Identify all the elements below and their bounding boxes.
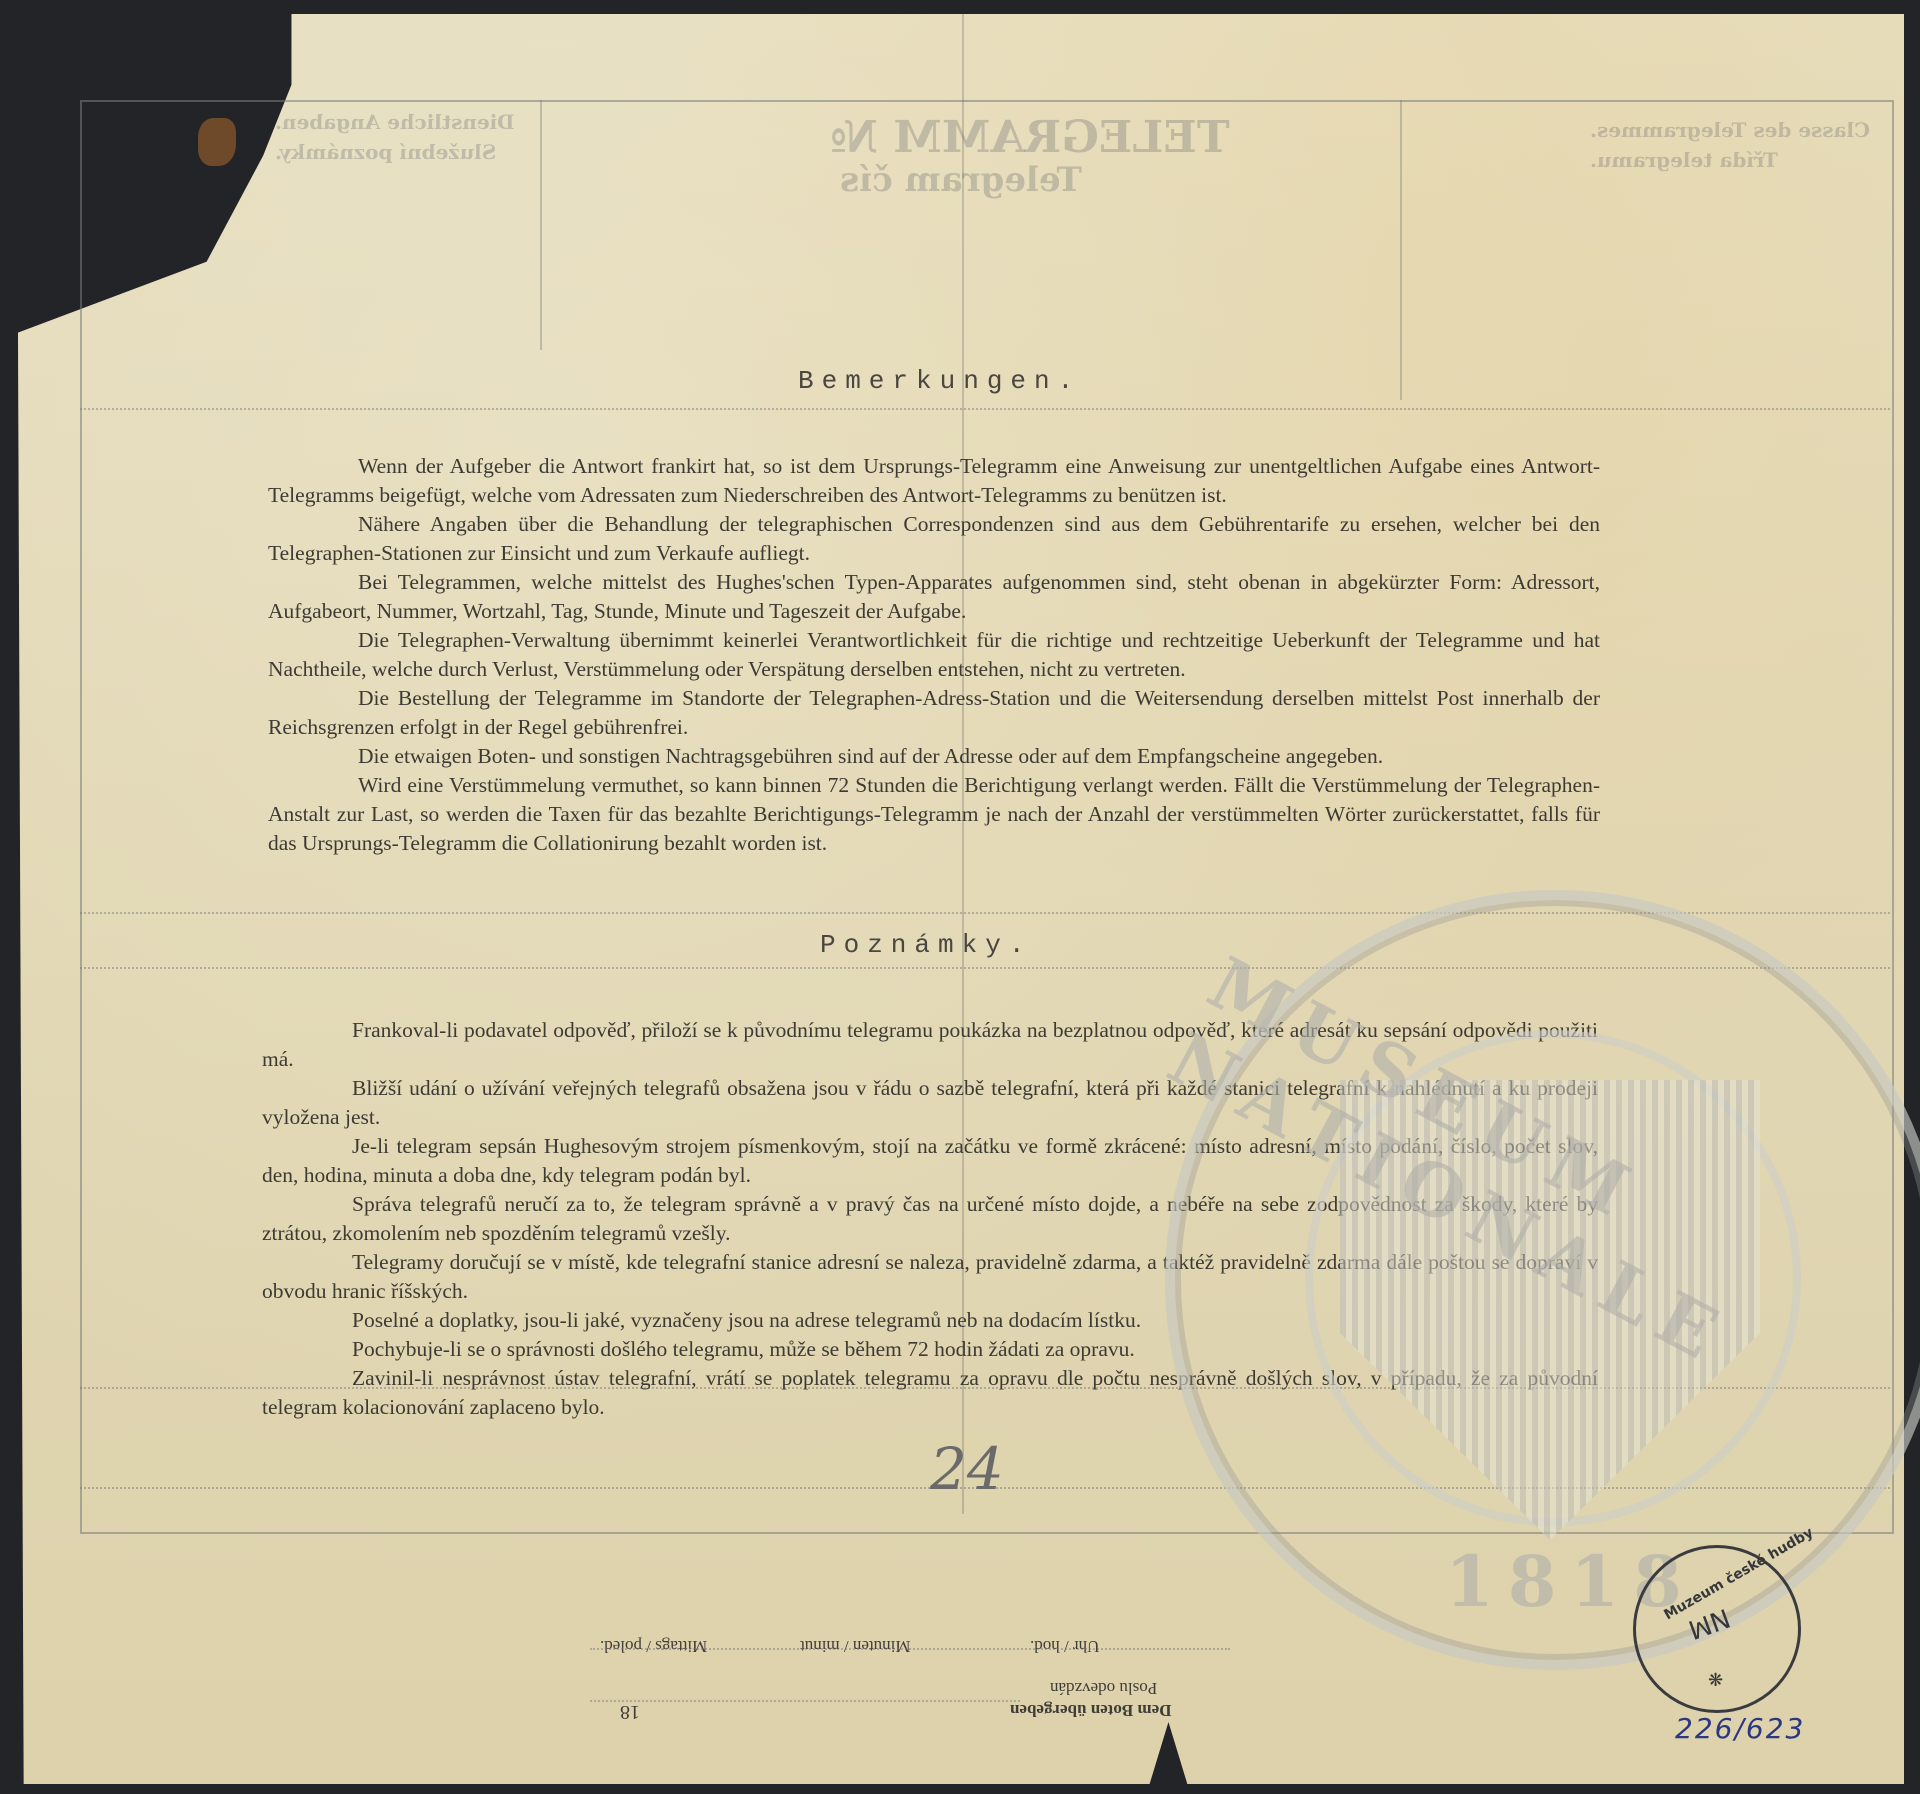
delivery-minute-label: Minuten / minut: [800, 1636, 911, 1656]
german-paragraph: Wenn der Aufgeber die Antwort frankirt h…: [268, 452, 1600, 510]
german-paragraph: Die etwaigen Boten- und sonstigen Nachtr…: [268, 742, 1600, 771]
delivery-dotted-line: [590, 1700, 1020, 1702]
form-divider-left: [540, 100, 542, 350]
rule: [80, 408, 1890, 410]
stamp-star-icon: ❋: [1708, 1670, 1723, 1691]
delivery-daytime-label: Mittags / poled.: [600, 1636, 707, 1656]
german-remarks: Wenn der Aufgeber die Antwort frankirt h…: [268, 452, 1600, 858]
handwritten-number: 24: [930, 1435, 1004, 1503]
ghost-title-de: TELEGRAMM №: [830, 112, 1230, 163]
delivery-year-prefix: 18: [620, 1700, 640, 1723]
ghost-right-label-de: Classe des Telegrammes.: [1590, 118, 1870, 142]
delivery-hour-label: Uhr / hod.: [1030, 1636, 1099, 1656]
ghost-left-label-de: Dienstliche Angaben.: [275, 110, 515, 134]
heading-poznamky: Poznámky.: [820, 930, 1032, 960]
ghost-right-label-cs: Třída telegramu.: [1590, 148, 1778, 172]
delivery-dotted-line: [590, 1648, 1230, 1650]
delivery-handed-label: Dem Boten übergeben: [1010, 1700, 1171, 1720]
ghost-left-label-cs: Služební poznámky.: [275, 140, 496, 164]
german-paragraph: Die Bestellung der Telegramme im Standor…: [268, 684, 1600, 742]
heading-bemerkungen: Bemerkungen.: [798, 366, 1081, 396]
museum-seal: MUSEUM NATIONALE 1818: [1165, 890, 1920, 1670]
german-paragraph: Nähere Angaben über die Behandlung der t…: [268, 510, 1600, 568]
ownership-stamp: Muzeum české hudby NM ❋: [1633, 1545, 1801, 1713]
inventory-number: 226/623: [1675, 1712, 1805, 1745]
german-paragraph: Die Telegraphen-Verwaltung übernimmt kei…: [268, 626, 1600, 684]
german-paragraph: Bei Telegrammen, welche mittelst des Hug…: [268, 568, 1600, 626]
ghost-title-cs: Telegram čís: [840, 160, 1082, 200]
delivery-handed-label-cs: Poslu odevzdán: [1050, 1678, 1157, 1698]
german-paragraph: Wird eine Verstümmelung vermuthet, so ka…: [268, 771, 1600, 858]
form-divider-right: [1400, 100, 1402, 400]
